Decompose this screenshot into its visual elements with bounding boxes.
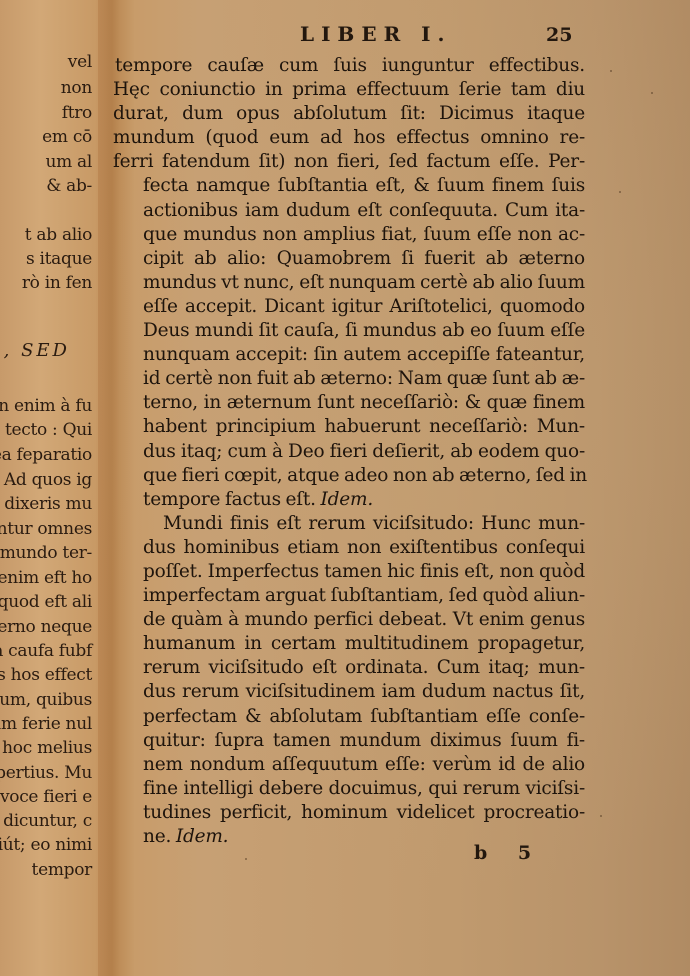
left-fragment-line: t ab alio — [25, 225, 92, 245]
left-fragment-line: ea feparatio — [0, 445, 92, 465]
text-line: humanum in certam multitudinem propagetu… — [113, 632, 585, 656]
attribution: Idem. — [176, 826, 229, 847]
text-line: tudines perficit, hominum videlicet proc… — [113, 801, 585, 825]
text-line: mundus vt nunc, eſt nunquam certè ab ali… — [113, 271, 585, 295]
signature-mark: b 5 — [474, 842, 543, 864]
left-fragment-line: & ab- — [46, 176, 92, 196]
paragraph-start-line: Mundi finis eſt rerum viciſsitudo: Hunc … — [113, 512, 585, 536]
text-line: nunquam accepit: ſin autem accepiſſe fat… — [113, 343, 585, 367]
text-line: ferri fatendum ſit) non fieri, ſed factu… — [113, 150, 585, 174]
left-fragment-line: tum dicuntur, c — [0, 811, 92, 831]
text-line-with-attribution: tempore factus eſt. Idem. — [113, 488, 585, 512]
left-fragment-line: tecto : Qui — [5, 420, 92, 440]
left-fragment-line: rò in fen — [22, 273, 92, 293]
left-fragment-line: eorum, quibus — [0, 690, 92, 710]
text-line: ne. — [143, 826, 171, 847]
page-number: 25 — [546, 24, 572, 46]
left-fragment-line: ccipiút; eo nimi — [0, 835, 92, 855]
text-line: mundum (quod eum ad hos effectus omnino … — [113, 126, 585, 150]
paper-speck — [619, 191, 621, 193]
text-line: que mundus non amplius fiat, ſuum eſſe n… — [113, 223, 585, 247]
text-line: terno, in æternum ſunt neceſſariò: & quæ… — [113, 391, 585, 415]
text-line: actionibus iam dudum eſt conſequuta. Cum… — [113, 199, 585, 223]
left-fragment-line: tuum ferie nul — [0, 714, 92, 734]
left-fragment-line: n vt hoc melius — [0, 738, 92, 758]
text-line: quitur: ſupra tamen mundum diximus ſuum … — [113, 729, 585, 753]
text-line: fine intelligi debere docuimus, qui reru… — [113, 777, 585, 801]
text-line: perfectam & abſolutam ſubſtantiam eſſe c… — [113, 705, 585, 729]
paper-speck — [651, 92, 653, 94]
text-line: eſſe accepit. Dicant igitur Ariſtotelici… — [113, 295, 585, 319]
left-fragment-line: mundo ter- — [0, 543, 92, 563]
left-fragment-line: dixeris mu — [4, 494, 92, 514]
text-line: durat, dum opus abſolutum ſit: Dicimus i… — [113, 102, 585, 126]
left-fragment-line: n enim à fu — [0, 396, 92, 416]
left-fragment-line: um al — [45, 152, 92, 172]
text-line: nem nondum aſſequutum eſſe: verùm id de … — [113, 753, 585, 777]
left-fragment-line: hac voce fieri e — [0, 787, 92, 807]
text-line: cipit ab alio: Quamobrem ſi fuerit ab æt… — [113, 247, 585, 271]
text-line: de quàm à mundo perfici debeat. Vt enim … — [113, 608, 585, 632]
body-text: tempore cauſæ cum ſuis iunguntur effecti… — [113, 54, 585, 849]
text-line: Hęc coniunctio in prima effectuum ſerie … — [113, 78, 585, 102]
text-line: dus rerum viciſsitudinem iam dudum nactu… — [113, 680, 585, 704]
text-line: fecta namque ſubſtantia eſt, & ſuum fine… — [113, 174, 585, 198]
running-header: LIBER I. 25 — [0, 22, 690, 52]
paper-speck — [600, 815, 602, 817]
text-line: tempore cauſæ cum ſuis iunguntur effecti… — [113, 54, 585, 78]
left-fragment-line: Ad quos ig — [4, 470, 92, 490]
text-line: rerum viciſsitudo eſt ordinata. Cum itaq… — [113, 656, 585, 680]
left-fragment-line: æterno neque — [0, 617, 92, 637]
left-fragment-line: entur omnes — [0, 519, 92, 539]
left-fragment-line: quod eft ali — [0, 592, 92, 612]
left-fragment-line: ftro — [62, 103, 92, 123]
text-line: dus hominibus etiam non exiſtentibus con… — [113, 536, 585, 560]
text-line: id certè non fuit ab æterno: Nam quæ ſun… — [113, 367, 585, 391]
text-line: tempore factus eſt. — [143, 489, 316, 510]
text-line: habent principium habuerunt neceſſariò: … — [113, 415, 585, 439]
text-line: Deus mundi ſit cauſa, ſi mundus ab eo ſu… — [113, 319, 585, 343]
left-fragment-line: ua caufa fubf — [0, 641, 92, 661]
book-section-title: LIBER I. — [300, 22, 451, 46]
paper-speck — [610, 70, 612, 72]
left-page-fragment: vel non ftro em cō um al & ab- t ab alio… — [0, 0, 100, 976]
paper-speck — [245, 858, 247, 860]
left-fragment-line: em cō — [42, 127, 92, 147]
left-fragment-line: s apertius. Mu — [0, 763, 92, 783]
left-fragment-line: vel — [68, 52, 92, 72]
left-fragment-line: c enim eft ho — [0, 568, 92, 588]
left-fragment-line: tempor — [32, 860, 92, 880]
left-fragment-line: eris hos effect — [0, 665, 92, 685]
text-line: poſſet. Imperfectus tamen hic finis eſt,… — [113, 560, 585, 584]
text-line: que fieri cœpit, atque adeo non ab ætern… — [113, 464, 585, 488]
attribution: Idem. — [321, 489, 374, 510]
text-line: imperfectam arguat ſubſtantiam, ſed quòd… — [113, 584, 585, 608]
left-fragment-heading: , SED — [4, 340, 70, 361]
left-fragment-line: s itaque — [26, 249, 92, 269]
left-fragment-line: non — [61, 78, 92, 98]
text-line: dus itaq; cum à Deo fieri deſierit, ab e… — [113, 440, 585, 464]
